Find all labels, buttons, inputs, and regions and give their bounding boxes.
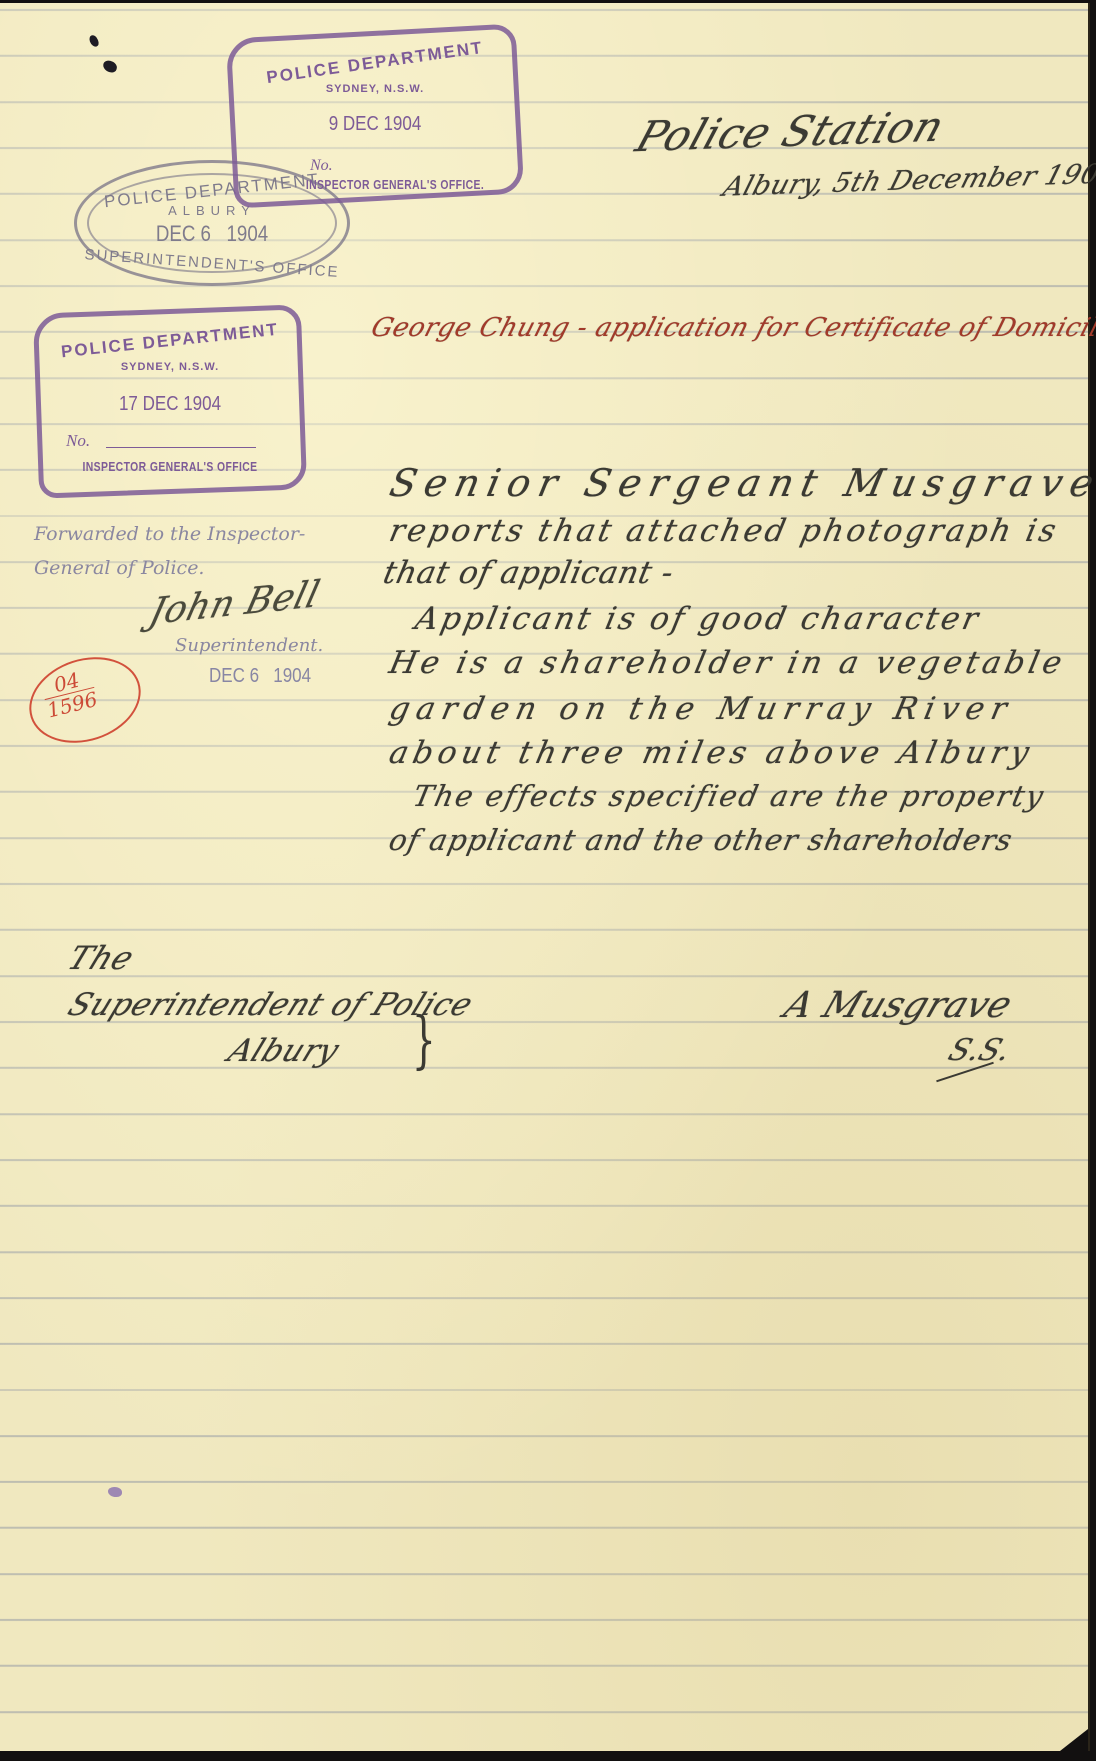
stamp-no-line	[106, 447, 256, 448]
torn-corner	[1060, 1729, 1088, 1751]
stamp-location: ALBURY	[77, 203, 347, 218]
ink-blot	[102, 59, 118, 73]
body-line-4: Applicant is of good character	[412, 601, 984, 637]
superintendent-signature: John Bell	[145, 573, 324, 633]
subject-line: George Chung - application for Certifica…	[368, 313, 1096, 343]
inspector-general-stamp-9-dec: POLICE DEPARTMENT SYDNEY, N.S.W. 9 DEC 1…	[230, 31, 520, 201]
body-line-6: garden on the Murray River	[386, 691, 1017, 727]
signature-rank: S.S.	[944, 1033, 1017, 1068]
stamp-no-label: No.	[66, 431, 304, 451]
body-line-2: reports that attached photograph is	[386, 513, 1062, 549]
signature-name: A Musgrave	[779, 985, 1018, 1026]
superintendent-title: Superintendent.	[175, 635, 323, 656]
stamp-date: DEC 6 1904	[97, 221, 327, 247]
stamp-date: 17 DEC 1904	[56, 393, 284, 416]
addressee-line-1: The	[62, 939, 140, 977]
ink-blot	[88, 34, 100, 48]
header-station: Police Station	[630, 102, 951, 161]
body-line-9: of applicant and the other shareholders	[386, 823, 1016, 857]
inspector-general-stamp-17-dec: POLICE DEPARTMENT SYDNEY, N.S.W. 17 DEC …	[36, 309, 304, 494]
body-line-8: The effects specified are the property	[410, 779, 1048, 813]
stamp-date: 9 DEC 1904	[252, 113, 499, 136]
stamp-location: SYDNEY, N.S.W.	[230, 83, 520, 95]
stamp-office: INSPECTOR GENERAL'S OFFICE	[63, 459, 277, 474]
stamp-location: SYDNEY, N.S.W.	[36, 361, 304, 373]
stamp-smudge	[108, 1487, 122, 1497]
document-page: POLICE DEPARTMENT ALBURY DEC 6 1904 SUPE…	[0, 3, 1090, 1751]
body-line-1: Senior Sergeant Musgrave	[386, 461, 1096, 505]
forwarding-line-2: General of Police.	[34, 557, 204, 579]
forwarding-date-stamp: DEC 6 1904	[209, 665, 311, 688]
body-line-5: He is a shareholder in a vegetable	[386, 645, 1069, 681]
body-line-3: that of applicant -	[380, 555, 677, 591]
body-line-7: about three miles above Albury	[386, 735, 1037, 771]
forwarding-line-1: Forwarded to the Inspector-	[34, 523, 305, 545]
stamp-office: INSPECTOR GENERAL'S OFFICE.	[295, 177, 495, 192]
addressee-brace: }	[412, 1003, 436, 1076]
stamp-no-label: No.	[310, 157, 520, 175]
header-place-date: Albury, 5th December 1904	[719, 158, 1096, 203]
stamp-office: SUPERINTENDENT'S OFFICE	[77, 246, 348, 282]
addressee-line-3: Albury	[223, 1033, 345, 1069]
